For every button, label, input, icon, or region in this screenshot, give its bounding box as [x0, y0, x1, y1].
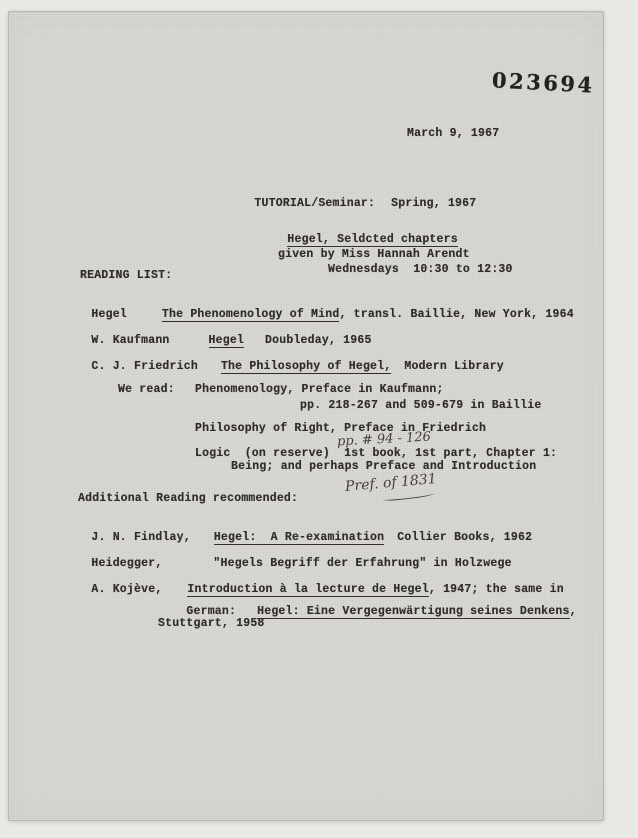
tutorial-label: TUTORIAL/Seminar:: [254, 197, 375, 210]
bib-after: "Hegels Begriff der Erfahrung" in Holzwe…: [213, 557, 511, 570]
given-by-line: given by Miss Hannah Arendt: [278, 249, 470, 262]
bib-title: The Philosophy of Hegel,: [221, 360, 391, 375]
seminar-title-text: Hegel, Seldcted chapters: [287, 233, 457, 248]
tutorial-line: TUTORIAL/Seminar:Spring, 1967: [226, 185, 476, 223]
bib-author: J. N. Findlay,: [91, 531, 190, 544]
bib-title: Hegel: A Re-examination: [214, 531, 384, 546]
bib-author: C. J. Friedrich: [91, 360, 198, 373]
archive-stamp-number: 023694: [491, 67, 595, 97]
we-read-being: Being; and perhaps Preface and Introduct…: [231, 461, 536, 474]
bib-author: Heidegger,: [91, 557, 162, 570]
bib-after: , transl. Baillie, New York, 1964: [339, 308, 573, 321]
scanned-document-photo: 023694 March 9, 1967 TUTORIAL/Seminar:Sp…: [0, 0, 638, 838]
bib-after: Collier Books, 1962: [397, 531, 532, 544]
we-read-logic: Logic (on reserve) 1st book, 1st part, C…: [195, 448, 557, 461]
schedule-line: Wednesdays 10:30 to 12:30: [328, 264, 513, 277]
we-read-pages: pp. 218-267 and 509-679 in Baillie: [300, 400, 541, 413]
german-after: ,: [570, 605, 577, 618]
date-line: March 9, 1967: [407, 128, 499, 141]
bib-title: The Phenomenology of Mind: [162, 308, 340, 323]
term-label: Spring, 1967: [391, 197, 476, 210]
bib-title: Hegel: [209, 334, 245, 349]
we-read-label: We read:: [118, 384, 175, 397]
we-read-phenomenology: Phenomenology, Preface in Kaufmann;: [195, 384, 444, 397]
stuttgart-line: Stuttgart, 1958: [158, 618, 265, 631]
bib-author: A. Kojève,: [91, 583, 162, 596]
german-label: German:: [186, 605, 236, 618]
bib-after: Doubleday, 1965: [265, 334, 372, 347]
bib-author: Hegel: [91, 308, 127, 321]
bib-after: Modern Library: [404, 360, 503, 373]
document-page: [8, 11, 604, 821]
additional-reading-heading: Additional Reading recommended:: [78, 493, 298, 506]
german-title: Hegel: Eine Vergegenwärtigung seines Den…: [257, 605, 569, 620]
bib-author: W. Kaufmann: [91, 334, 169, 347]
bibliography-entry: C. J. FriedrichThe Philosophy of Hegel,M…: [63, 348, 504, 386]
reading-list-heading: READING LIST:: [80, 270, 172, 283]
